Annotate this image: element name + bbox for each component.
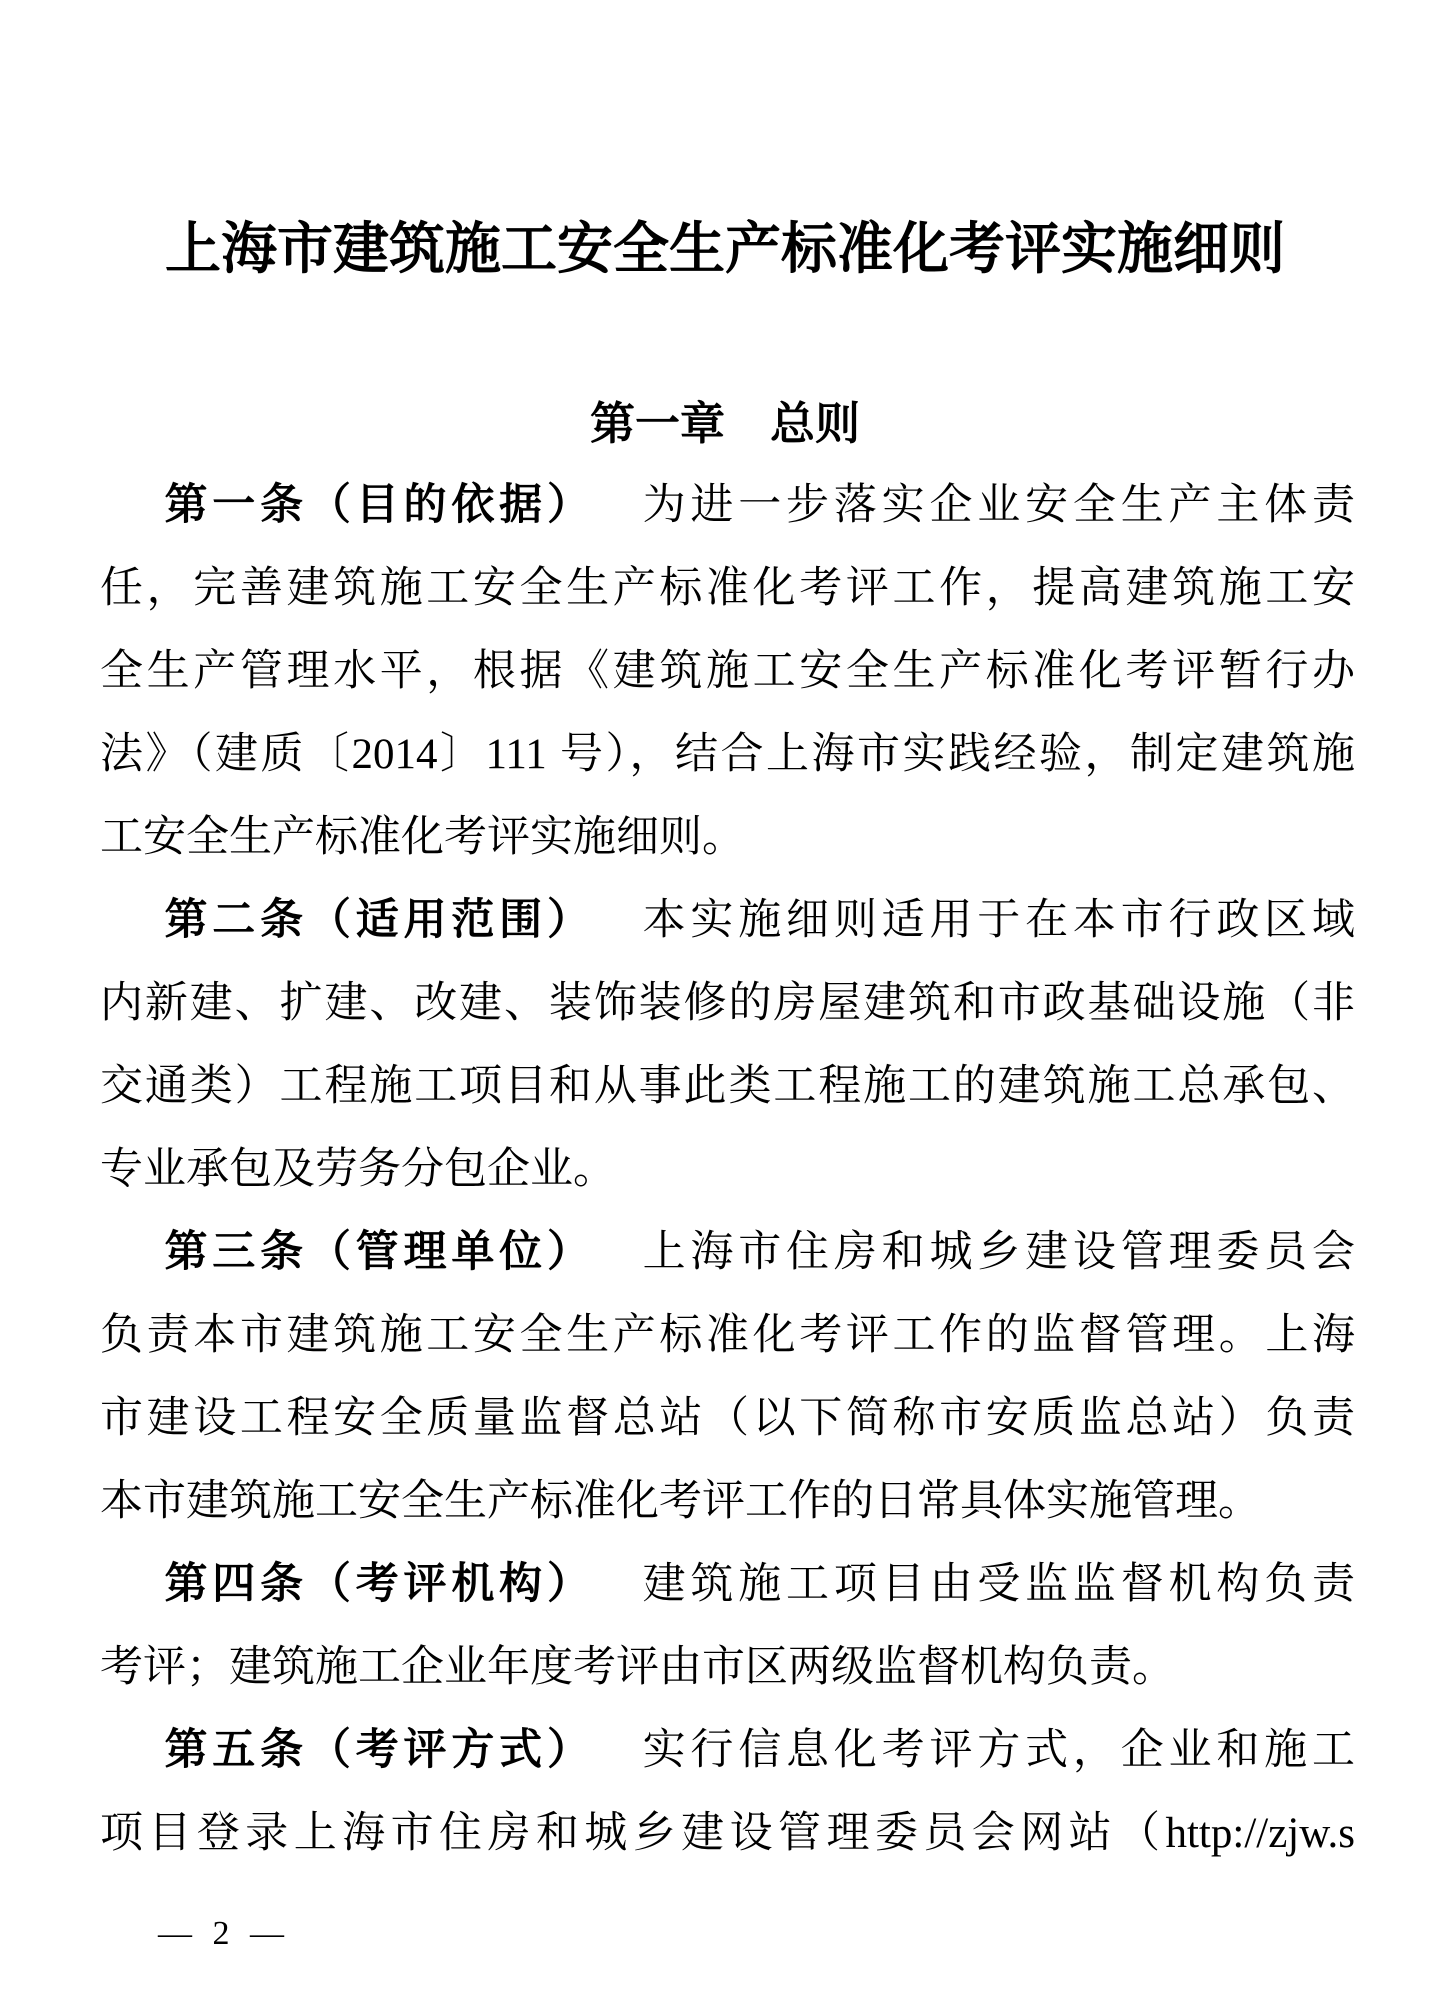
line-text: 本实施细则适用于在本市行政区域 [638,897,1355,944]
label-gap [595,1597,638,1598]
text-line: 工安全生产标准化考评实施细则。 [100,796,1355,879]
text-line: 交通类）工程施工项目和从事此类工程施工的建筑施工总承包、 [100,1045,1355,1128]
line-text: 内新建、扩建、改建、装饰装修的房屋建筑和市政基础设施（非 [100,980,1355,1027]
text-line: 内新建、扩建、改建、装饰装修的房屋建筑和市政基础设施（非 [100,962,1355,1045]
line-text: 交通类）工程施工项目和从事此类工程施工的建筑施工总承包、 [100,1063,1355,1110]
label-gap [595,933,638,934]
line-text: 考评；建筑施工企业年度考评由市区两级监督机构负责。 [100,1644,1175,1691]
document-title: 上海市建筑施工安全生产标准化考评实施细则 [0,218,1450,280]
text-line: 任，完善建筑施工安全生产标准化考评工作，提高建筑施工安 [100,547,1355,630]
chapter-heading: 第一章 总则 [0,398,1450,450]
text-line: 法》（建质〔2014〕111 号），结合上海市实践经验，制定建筑施 [100,713,1355,796]
line-text: 负责本市建筑施工安全生产标准化考评工作的监督管理。上海 [100,1312,1355,1359]
line-text: 全生产管理水平，根据《建筑施工安全生产标准化考评暂行办 [100,648,1355,695]
text-line: 第三条（管理单位）上海市住房和城乡建设管理委员会 [100,1211,1355,1294]
article-label: 第一条（目的依据） [165,481,595,529]
line-text: 本市建筑施工安全生产标准化考评工作的日常具体实施管理。 [100,1478,1261,1525]
line-text: 法》（建质〔2014〕111 号），结合上海市实践经验，制定建筑施 [100,731,1355,778]
line-text: 为进一步落实企业安全生产主体责 [638,482,1355,529]
page-footer: — 2 — [158,1914,290,1954]
line-text: 上海市住房和城乡建设管理委员会 [638,1229,1355,1276]
text-line: 第二条（适用范围）本实施细则适用于在本市行政区域 [100,879,1355,962]
text-line: 第五条（考评方式）实行信息化考评方式，企业和施工 [100,1709,1355,1792]
text-line: 全生产管理水平，根据《建筑施工安全生产标准化考评暂行办 [100,630,1355,713]
line-text: 实行信息化考评方式，企业和施工 [638,1727,1355,1774]
label-gap [595,1265,638,1266]
article-label: 第四条（考评机构） [165,1560,595,1608]
page-number: — 2 — [158,1915,290,1952]
text-line: 第四条（考评机构）建筑施工项目由受监监督机构负责 [100,1543,1355,1626]
text-line: 项目登录上海市住房和城乡建设管理委员会网站（http://zjw.s [100,1792,1355,1875]
line-text: 专业承包及劳务分包企业。 [100,1146,616,1193]
text-line: 本市建筑施工安全生产标准化考评工作的日常具体实施管理。 [100,1460,1355,1543]
text-line: 市建设工程安全质量监督总站（以下简称市安质监总站）负责 [100,1377,1355,1460]
text-line: 负责本市建筑施工安全生产标准化考评工作的监督管理。上海 [100,1294,1355,1377]
line-text: 市建设工程安全质量监督总站（以下简称市安质监总站）负责 [100,1395,1355,1442]
article-label: 第五条（考评方式） [165,1726,595,1774]
document-page: 上海市建筑施工安全生产标准化考评实施细则 第一章 总则 第一条（目的依据）为进一… [0,0,1450,2000]
line-text: 任，完善建筑施工安全生产标准化考评工作，提高建筑施工安 [100,565,1355,612]
line-text: 项目登录上海市住房和城乡建设管理委员会网站（http://zjw.s [100,1810,1355,1857]
line-text: 建筑施工项目由受监监督机构负责 [638,1561,1355,1608]
document-body: 第一条（目的依据）为进一步落实企业安全生产主体责任，完善建筑施工安全生产标准化考… [100,464,1355,1875]
text-line: 专业承包及劳务分包企业。 [100,1128,1355,1211]
label-gap [595,518,638,519]
text-line: 考评；建筑施工企业年度考评由市区两级监督机构负责。 [100,1626,1355,1709]
text-line: 第一条（目的依据）为进一步落实企业安全生产主体责 [100,464,1355,547]
line-text: 工安全生产标准化考评实施细则。 [100,814,745,861]
article-label: 第二条（适用范围） [165,896,595,944]
label-gap [595,1763,638,1764]
article-label: 第三条（管理单位） [165,1228,595,1276]
